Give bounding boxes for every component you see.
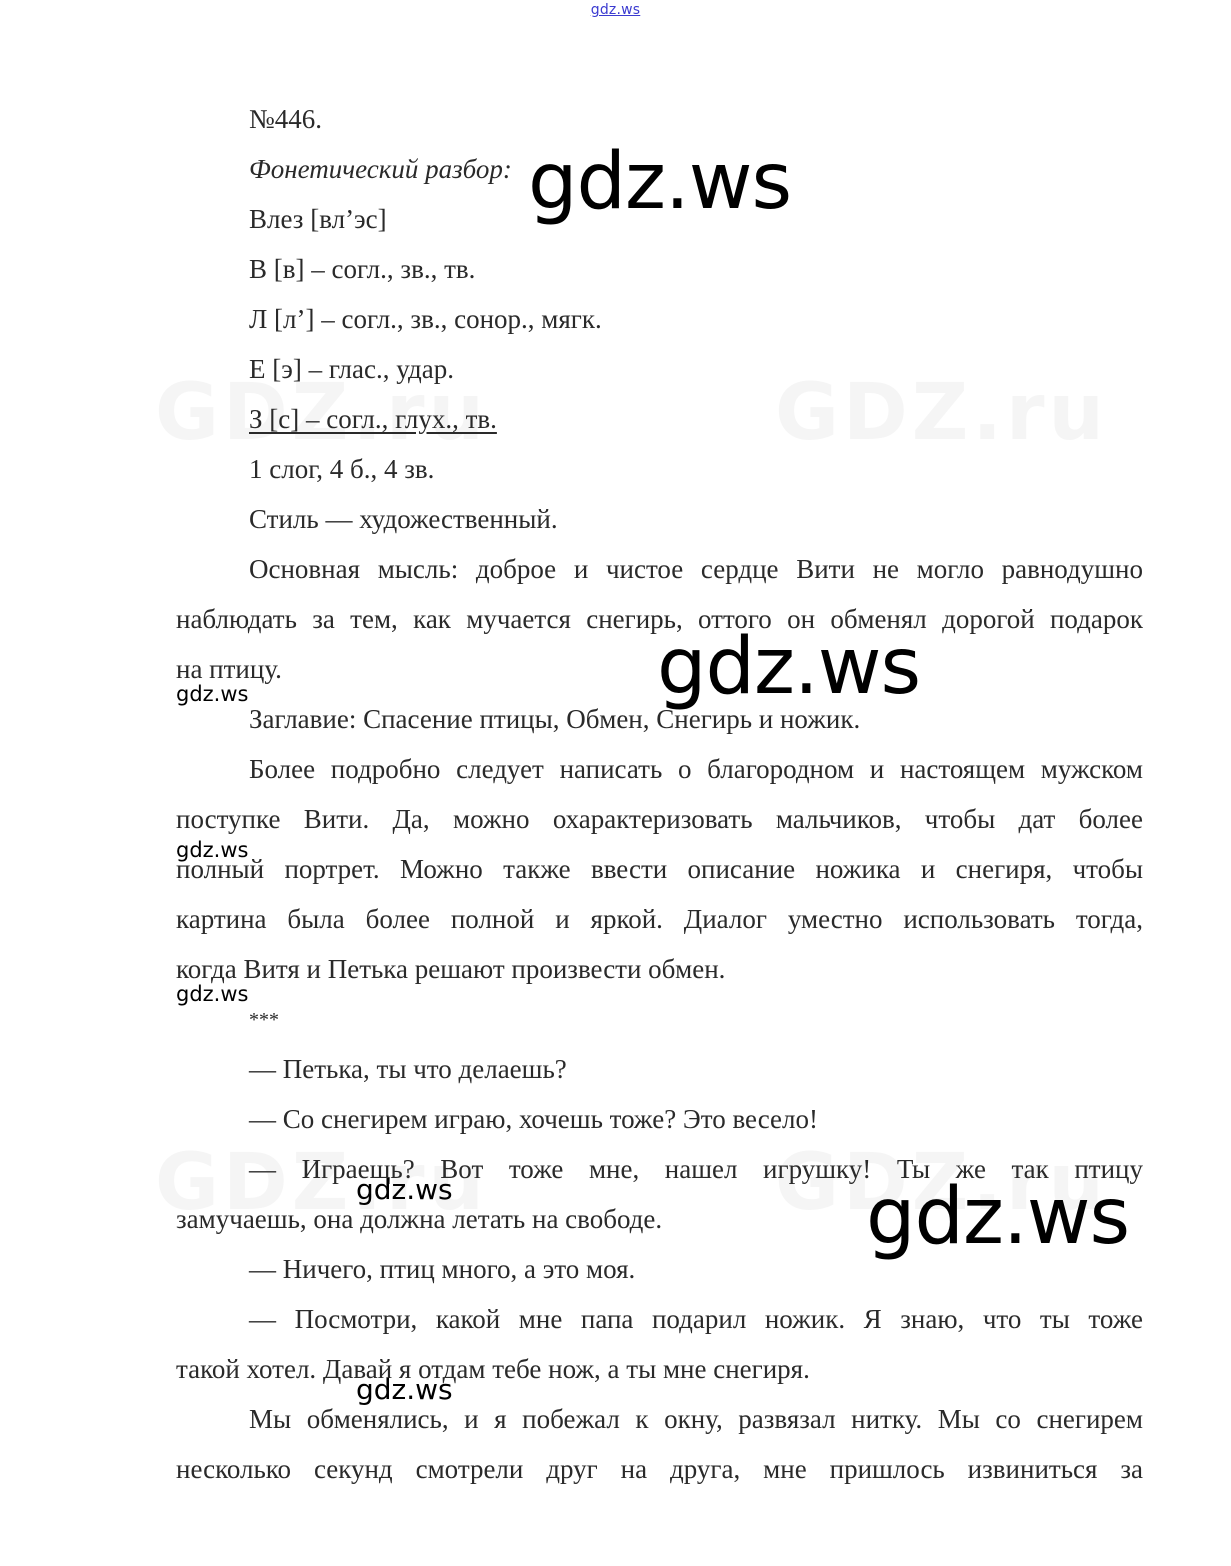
watermark-large: gdz.ws <box>866 1178 1129 1256</box>
watermark-large: gdz.ws <box>657 628 920 706</box>
dialogue-line: — Ничего, птиц много, а это моя. <box>249 1252 635 1286</box>
watermark-small: gdz.ws <box>176 684 248 705</box>
section-separator: *** <box>249 1003 279 1037</box>
phonetic-heading: Фонетический разбор: <box>249 152 512 186</box>
background-watermark: GDZ.ru <box>775 368 1108 458</box>
advice-line: картина была более полной и яркой. Диало… <box>176 902 1143 936</box>
advice-line: Более подробно следует написать о благор… <box>249 752 1143 786</box>
dialogue-line: — Петька, ты что делаешь? <box>249 1052 567 1086</box>
advice-line: поступке Вити. Да, можно охарактеризоват… <box>176 802 1143 836</box>
text-style: Стиль — художественный. <box>249 502 558 536</box>
sound-line: В [в] – согл., зв., тв. <box>249 252 475 286</box>
main-idea-line: Основная мысль: доброе и чистое сердце В… <box>249 552 1143 586</box>
exercise-number: №446. <box>249 102 322 136</box>
sound-line: З [с] – согл., глух., тв. <box>249 402 497 436</box>
sound-line: Л [л’] – согл., зв., сонор., мягк. <box>249 302 602 336</box>
watermark-small: gdz.ws <box>176 984 248 1005</box>
watermark-small: gdz.ws <box>176 840 248 861</box>
dialogue-line: — Со снегирем играю, хочешь тоже? Это ве… <box>249 1102 818 1136</box>
word-transcription: Влез [вл’эс] <box>249 202 387 236</box>
watermark-large: gdz.ws <box>528 143 791 221</box>
site-link[interactable]: gdz.ws <box>0 2 1231 18</box>
syllable-summary: 1 слог, 4 б., 4 зв. <box>249 452 434 486</box>
advice-line: когда Витя и Петька решают произвести об… <box>176 952 1143 986</box>
dialogue-line: — Посмотри, какой мне папа подарил ножик… <box>249 1302 1143 1336</box>
watermark-small: gdz.ws <box>356 1176 453 1204</box>
story-line: несколько секунд смотрели друг на друга,… <box>176 1452 1143 1486</box>
story-line: Мы обменялись, и я побежал к окну, развя… <box>249 1402 1143 1436</box>
sound-line: Е [э] – глас., удар. <box>249 352 454 386</box>
dialogue-line: такой хотел. Давай я отдам тебе нож, а т… <box>176 1352 1143 1386</box>
watermark-small: gdz.ws <box>356 1376 453 1404</box>
advice-line: полный портрет. Можно также ввести описа… <box>176 852 1143 886</box>
